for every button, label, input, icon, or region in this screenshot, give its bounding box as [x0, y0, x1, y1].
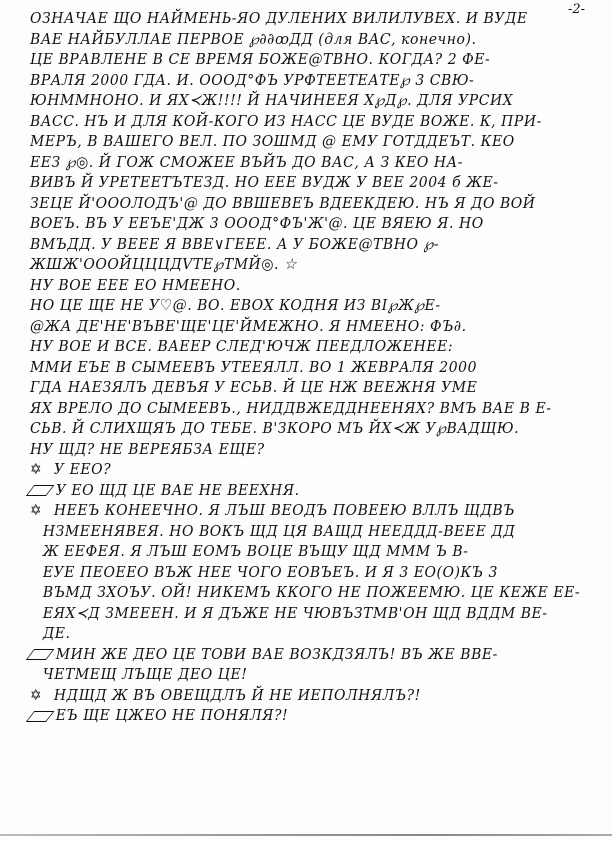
- text-line: МИН ЖЕ ДЕО ЦЕ ТОВИ ВАЕ ВОЗКДЗЯЛЪ! ВЪ ЖЕ …: [30, 644, 556, 665]
- parallelogram-icon: [26, 649, 55, 660]
- text-line-content: ЕЕЗ ℘◎. Й ГОЖ СМОЖЕЕ ВЪЙЪ ДО ВАС, А З КЕ…: [30, 153, 463, 171]
- text-line-content: ОЗНАЧАЕ ЩО НАЙМЕНЬ-ЯО ДУЛЕНИХ ВИЛИЛУВЕХ.…: [30, 9, 528, 27]
- text-line-content: @ЖА ДЕ'НЕ'ВЪВЕ'ЩЕ'ЦЕ'ЙМЕЖНО. Я НМЕЕНО: Ф…: [30, 317, 467, 335]
- text-line-content: У ЕЕО?: [54, 460, 111, 478]
- text-line-content: НО ЦЕ ЩЕ НЕ У♡@. ВО. ЕВОХ КОДНЯ ИЗ ВІ℘Ж℘…: [30, 296, 441, 314]
- handwritten-text-body: ОЗНАЧАЕ ЩО НАЙМЕНЬ-ЯО ДУЛЕНИХ ВИЛИЛУВЕХ.…: [30, 8, 602, 726]
- text-line: ВАЕ НАЙБУЛЛАЕ ПЕРВОЕ ℘∂∂ꝏДД (для ВАС, ко…: [30, 29, 556, 50]
- text-line-content: ВРАЛЯ 2000 ГДА. И. ОООД°ФЪ УРФТЕЕТЕАТЕ℘ …: [30, 71, 474, 89]
- text-line-content: ВОЕЪ. ВЪ У ЕЕЪЕ'ДЖ 3 ОООД°ФЪ'Ж'@. ЦЕ ВЯЕ…: [30, 214, 484, 232]
- pentagram-icon: ✡: [30, 459, 54, 480]
- text-line: ВОЕЪ. ВЪ У ЕЕЪЕ'ДЖ 3 ОООД°ФЪ'Ж'@. ЦЕ ВЯЕ…: [30, 213, 556, 234]
- text-line-content: ВМЪДД. У ВЕЕЕ Я ВВЕ∨ГЕЕЕ. А У БОЖЕ@ТВНО …: [30, 235, 439, 253]
- text-line: НО ЦЕ ЩЕ НЕ У♡@. ВО. ЕВОХ КОДНЯ ИЗ ВІ℘Ж℘…: [30, 295, 556, 316]
- text-line-content: ЕЯХ≺Д ЗМЕЕЕН. И Я ДЪЖЕ НЕ ЧЮВЪЗТМВ'ОН ЩД…: [43, 604, 548, 622]
- parallelogram-icon: [26, 485, 55, 496]
- text-line: ЕЪ ЩЕ ЦЖЕО НЕ ПОНЯЛЯ?!: [30, 705, 556, 726]
- text-line: ВАСС. НЪ И ДЛЯ КОЙ-КОГО ИЗ НАСС ЦЕ ВУДЕ …: [30, 111, 556, 132]
- text-line: @ЖА ДЕ'НЕ'ВЪВЕ'ЩЕ'ЦЕ'ЙМЕЖНО. Я НМЕЕНО: Ф…: [30, 316, 556, 337]
- text-line: МЕРЪ, В ВАШЕГО ВЕЛ. ПО ЗОШМД @ ЕМУ ГОТДД…: [30, 131, 556, 152]
- text-line-content: НЗМЕЕНЯВЕЯ. НО ВОКЪ ЩД ЦЯ ВАЩД НЕЕДДД-ВЕ…: [43, 522, 515, 540]
- text-line: ЯХ ВРЕЛО ДО СЫМЕЕВЪ., НИДДВЖЕДДНЕЕНЯХ? В…: [30, 398, 556, 419]
- text-line: НУ ВОЕ И ВСЕ. ВАЕЕР СЛЕД'ЮЧЖ ПЕЕДЛОЖЕНЕЕ…: [30, 336, 556, 357]
- text-line: ВРАЛЯ 2000 ГДА. И. ОООД°ФЪ УРФТЕЕТЕАТЕ℘ …: [30, 70, 556, 91]
- pentagram-icon: ✡: [30, 500, 54, 521]
- text-line-content: МИН ЖЕ ДЕО ЦЕ ТОВИ ВАЕ ВОЗКДЗЯЛЪ! ВЪ ЖЕ …: [56, 645, 498, 663]
- text-line-content: ВАСС. НЪ И ДЛЯ КОЙ-КОГО ИЗ НАСС ЦЕ ВУДЕ …: [30, 112, 542, 130]
- text-line: НУ ЩД? НЕ ВЕРЕЯБЗА ЕЩЕ?: [30, 439, 556, 460]
- text-line: ММИ ЕЪЕ В СЫМЕЕВЪ УТЕЕЯЛЛ. ВО 1 ЖЕВРАЛЯ …: [30, 357, 556, 378]
- text-line-content: ЗЕЦЕ Й'ОООЛОДЪ'@ ДО ВВШЕВЕЪ ВДЕЕКДЕЮ. НЪ…: [30, 194, 536, 212]
- text-line-content: СЬВ. Й СЛИХЩЯЪ ДО ТЕБЕ. В'ЗКОРО МЪ ЙХ≺Ж …: [30, 419, 519, 437]
- text-line: ЮНММНОНО. И ЯХ≺Ж!!!! Й НАЧИНЕЕЯ Х℘Д℘. ДЛ…: [30, 90, 556, 111]
- text-line: ЕЯХ≺Д ЗМЕЕЕН. И Я ДЪЖЕ НЕ ЧЮВЪЗТМВ'ОН ЩД…: [30, 603, 556, 624]
- text-line: Ж ЕЕФЕЯ. Я ЛЪШ ЕОМЪ ВОЦЕ ВЪЩУ ЩД МММ Ъ В…: [30, 541, 556, 562]
- parallelogram-icon: [26, 711, 55, 722]
- text-line: ДЕ.: [30, 623, 556, 644]
- text-line-content: ЦЕ ВРАВЛЕНЕ В СЕ ВРЕМЯ БОЖЕ@ТВНО. КОГДА?…: [30, 50, 490, 68]
- scan-edge-line: [0, 834, 612, 836]
- text-line: НЗМЕЕНЯВЕЯ. НО ВОКЪ ЩД ЦЯ ВАЩД НЕЕДДД-ВЕ…: [30, 521, 556, 542]
- text-line-content: ЕЪ ЩЕ ЦЖЕО НЕ ПОНЯЛЯ?!: [56, 706, 288, 724]
- text-line-content: НЕЕЪ КОНЕЕЧНО. Я ЛЪШ ВЕОДЪ ПОВЕЕЮ ВЛЛЪ Щ…: [54, 501, 515, 519]
- text-line-content: Ж ЕЕФЕЯ. Я ЛЪШ ЕОМЪ ВОЦЕ ВЪЩУ ЩД МММ Ъ В…: [43, 542, 469, 560]
- text-line: СЬВ. Й СЛИХЩЯЪ ДО ТЕБЕ. В'ЗКОРО МЪ ЙХ≺Ж …: [30, 418, 556, 439]
- text-line: ЕЕЗ ℘◎. Й ГОЖ СМОЖЕЕ ВЪЙЪ ДО ВАС, А З КЕ…: [30, 152, 556, 173]
- text-line-content: МЕРЪ, В ВАШЕГО ВЕЛ. ПО ЗОШМД @ ЕМУ ГОТДД…: [30, 132, 515, 150]
- text-line-content: НУ ЩД? НЕ ВЕРЕЯБЗА ЕЩЕ?: [30, 440, 265, 458]
- text-line: У ЕО ЩД ЦЕ ВАЕ НЕ ВЕЕХНЯ.: [30, 480, 556, 501]
- text-line-content: ВЪМД ЗХОЪУ. ОЙ! НИКЕМЪ ККОГО НЕ ПОЖЕЕМЮ.…: [43, 583, 580, 601]
- text-line: ЕУЕ ПЕОЕЕО ВЪЖ НЕЕ ЧОГО ЕОВЪЕЪ. И Я 3 ЕО…: [30, 562, 556, 583]
- text-line: ЧЕТМЕЩ ЛЪЩЕ ДЕО ЦЕ!: [30, 664, 556, 685]
- handwritten-page: -2- ОЗНАЧАЕ ЩО НАЙМЕНЬ-ЯО ДУЛЕНИХ ВИЛИЛУ…: [0, 0, 612, 842]
- text-line-content: ЕУЕ ПЕОЕЕО ВЪЖ НЕЕ ЧОГО ЕОВЪЕЪ. И Я 3 ЕО…: [43, 563, 498, 581]
- text-line-content: ВИВЪ Й УРЕТЕЕТЪТЕЗД. НО ЕЕЕ ВУДЖ У ВЕЕ 2…: [30, 173, 498, 191]
- text-line: ✡НДЩД Ж ВЪ ОВЕЩДЛЪ Й НЕ ИЕПОЛНЯЛЪ?!: [30, 685, 556, 706]
- text-line: ВМЪДД. У ВЕЕЕ Я ВВЕ∨ГЕЕЕ. А У БОЖЕ@ТВНО …: [30, 234, 556, 255]
- pentagram-icon: ✡: [30, 685, 54, 706]
- text-line-content: ЮНММНОНО. И ЯХ≺Ж!!!! Й НАЧИНЕЕЯ Х℘Д℘. ДЛ…: [30, 91, 513, 109]
- text-line: ЗЕЦЕ Й'ОООЛОДЪ'@ ДО ВВШЕВЕЪ ВДЕЕКДЕЮ. НЪ…: [30, 193, 556, 214]
- text-line: ЦЕ ВРАВЛЕНЕ В СЕ ВРЕМЯ БОЖЕ@ТВНО. КОГДА?…: [30, 49, 556, 70]
- text-line-content: ГДА НАЕЗЯЛЪ ДЕВЪЯ У ЕСЬВ. Й ЦЕ НЖ ВЕЕЖНЯ…: [30, 378, 477, 396]
- text-line: ЖШЖ'ОООЙЦЦЦДVТЕ℘ТМЙ◎. ☆: [30, 254, 556, 275]
- text-line-content: НУ ВОЕ И ВСЕ. ВАЕЕР СЛЕД'ЮЧЖ ПЕЕДЛОЖЕНЕЕ…: [30, 337, 453, 355]
- text-line-content: НУ ВОЕ ЕЕЕ ЕО НМЕЕНО.: [30, 276, 241, 294]
- text-line-content: ДЕ.: [43, 624, 71, 642]
- text-line: ВИВЪ Й УРЕТЕЕТЪТЕЗД. НО ЕЕЕ ВУДЖ У ВЕЕ 2…: [30, 172, 556, 193]
- text-line-content: У ЕО ЩД ЦЕ ВАЕ НЕ ВЕЕХНЯ.: [56, 481, 300, 499]
- text-line-content: ЧЕТМЕЩ ЛЪЩЕ ДЕО ЦЕ!: [43, 665, 248, 683]
- text-line: ✡НЕЕЪ КОНЕЕЧНО. Я ЛЪШ ВЕОДЪ ПОВЕЕЮ ВЛЛЪ …: [30, 500, 556, 521]
- text-line-content: ЖШЖ'ОООЙЦЦЦДVТЕ℘ТМЙ◎. ☆: [30, 255, 297, 273]
- text-line: НУ ВОЕ ЕЕЕ ЕО НМЕЕНО.: [30, 275, 556, 296]
- text-line-content: НДЩД Ж ВЪ ОВЕЩДЛЪ Й НЕ ИЕПОЛНЯЛЪ?!: [54, 686, 421, 704]
- text-line-content: ММИ ЕЪЕ В СЫМЕЕВЪ УТЕЕЯЛЛ. ВО 1 ЖЕВРАЛЯ …: [30, 358, 477, 376]
- text-line-content: ЯХ ВРЕЛО ДО СЫМЕЕВЪ., НИДДВЖЕДДНЕЕНЯХ? В…: [30, 399, 551, 417]
- text-line: ОЗНАЧАЕ ЩО НАЙМЕНЬ-ЯО ДУЛЕНИХ ВИЛИЛУВЕХ.…: [30, 8, 556, 29]
- text-line: ВЪМД ЗХОЪУ. ОЙ! НИКЕМЪ ККОГО НЕ ПОЖЕЕМЮ.…: [30, 582, 556, 603]
- text-line: ГДА НАЕЗЯЛЪ ДЕВЪЯ У ЕСЬВ. Й ЦЕ НЖ ВЕЕЖНЯ…: [30, 377, 556, 398]
- text-line-content: ВАЕ НАЙБУЛЛАЕ ПЕРВОЕ ℘∂∂ꝏДД (для ВАС, ко…: [30, 30, 477, 48]
- text-line: ✡У ЕЕО?: [30, 459, 556, 480]
